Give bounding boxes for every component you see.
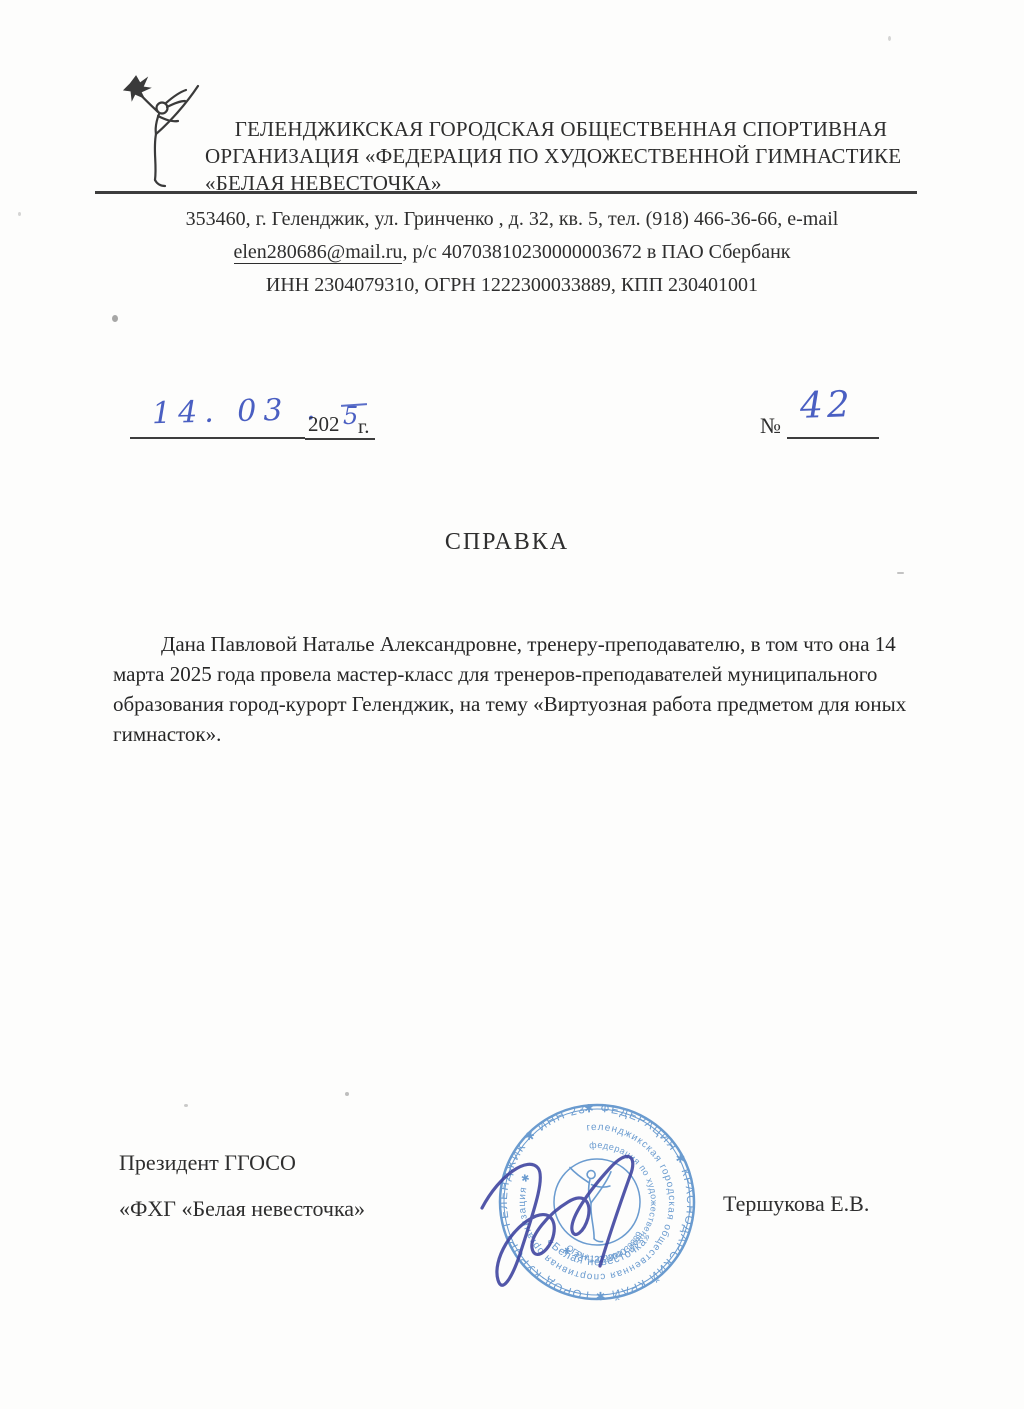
contact-line3: ИНН 2304079310, ОГРН 1222300033889, КПП … [62, 269, 962, 302]
year-printed: 202 [308, 412, 340, 437]
year-underline [305, 438, 375, 440]
handwritten-year-digit: 5 [343, 402, 358, 430]
scan-speck [18, 212, 21, 216]
letterhead-org-name: ГЕЛЕНДЖИКСКАЯ ГОРОДСКАЯ ОБЩЕСТВЕННАЯ СПО… [205, 116, 917, 197]
scan-speck [184, 1104, 188, 1107]
number-underline [787, 437, 879, 439]
org-name-line2: ОРГАНИЗАЦИЯ «ФЕДЕРАЦИЯ ПО ХУДОЖЕСТВЕННОЙ… [205, 143, 917, 170]
letterhead-divider [95, 191, 917, 194]
signer-position-line2: «ФХГ «Белая невесточка» [119, 1196, 365, 1222]
scanned-certificate-document: ГЕЛЕНДЖИКСКАЯ ГОРОДСКАЯ ОБЩЕСТВЕННАЯ СПО… [0, 0, 1024, 1409]
scan-speck [112, 315, 118, 322]
email-text: elen280686@mail.ru [234, 241, 403, 264]
signer-position-line1: Президент ГГОСО [119, 1150, 296, 1176]
contact-line2: elen280686@mail.ru, р/с 4070381023000000… [62, 236, 962, 269]
handwritten-number: 42 [799, 384, 854, 427]
handwritten-date: 14. 03 . [152, 392, 323, 431]
document-title: СПРАВКА [0, 529, 1014, 556]
date-underline [130, 437, 305, 439]
number-sign-label: № [760, 413, 781, 439]
handwritten-signature [470, 1130, 700, 1300]
contact-line1: 353460, г. Геленджик, ул. Гринченко , д.… [62, 203, 962, 236]
scan-speck [897, 572, 904, 574]
scan-speck [345, 1092, 349, 1096]
letterhead-contacts: 353460, г. Геленджик, ул. Гринченко , д.… [62, 203, 962, 302]
certificate-body-text: Дана Павловой Наталье Александровне, тре… [113, 629, 913, 749]
year-suffix: г. [358, 414, 370, 439]
gymnast-logo-icon [112, 70, 220, 198]
contact-line2-rest: , р/с 40703810230000003672 в ПАО Сбербан… [402, 241, 790, 263]
org-name-line1: ГЕЛЕНДЖИКСКАЯ ГОРОДСКАЯ ОБЩЕСТВЕННАЯ СПО… [205, 116, 917, 143]
scan-speck [888, 36, 891, 41]
signer-name: Тершукова Е.В. [723, 1191, 869, 1217]
